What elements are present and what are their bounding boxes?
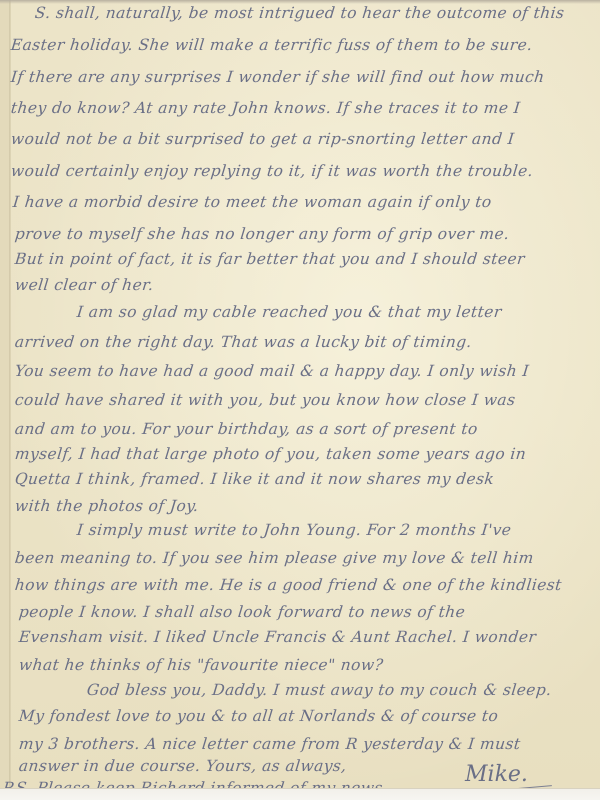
letter-line: what he thinks of his "favourite niece" … (18, 656, 384, 674)
letter-line: S. shall, naturally, be most intrigued t… (34, 4, 565, 22)
letter-line: I have a morbid desire to meet the woman… (12, 193, 493, 211)
letter-line: would not be a bit surprised to get a ri… (10, 130, 515, 148)
letter-line: could have shared it with you, but you k… (14, 391, 516, 409)
letter-line: with the photos of Joy. (14, 497, 200, 515)
letter-line: and am to you. For your birthday, as a s… (14, 420, 479, 438)
letter-line: my 3 brothers. A nice letter came from R… (18, 735, 521, 753)
margin-fold-line (9, 0, 11, 788)
letter-line: Evensham visit. I liked Uncle Francis & … (18, 628, 537, 646)
letter-line: But in point of fact, it is far better t… (14, 250, 526, 268)
letter-line: been meaning to. If you see him please g… (14, 549, 535, 567)
letter-line: Quetta I think, framed. I like it and it… (14, 470, 495, 488)
letter-line: Easter holiday. She will make a terrific… (10, 36, 533, 54)
letter-line: arrived on the right day. That was a luc… (14, 333, 473, 351)
letter-line: well clear of her. (14, 276, 155, 294)
letter-line: My fondest love to you & to all at Norla… (18, 707, 499, 725)
page-margin (0, 0, 9, 788)
letter-line: I am so glad my cable reached you & that… (76, 303, 503, 321)
letter-line: they do know? At any rate John knows. If… (10, 99, 521, 117)
page-bottom-edge (0, 788, 600, 800)
letter-line: people I know. I shall also look forward… (18, 603, 466, 621)
letter-line: God bless you, Daddy. I must away to my … (86, 681, 553, 699)
letter-line: answer in due course. Yours, as always, (18, 757, 348, 775)
letter-line: how things are with me. He is a good fri… (14, 576, 563, 594)
letter-line: If there are any surprises I wonder if s… (10, 68, 546, 86)
letter-line: You seem to have had a good mail & a hap… (14, 362, 530, 380)
letter-line: would certainly enjoy replying to it, if… (10, 162, 534, 180)
letter-line: prove to myself she has no longer any fo… (14, 225, 510, 243)
letter-line: I simply must write to John Young. For 2… (76, 521, 512, 539)
signature: Mike. (465, 762, 528, 787)
letter-line: myself, I had that large photo of you, t… (14, 445, 527, 463)
